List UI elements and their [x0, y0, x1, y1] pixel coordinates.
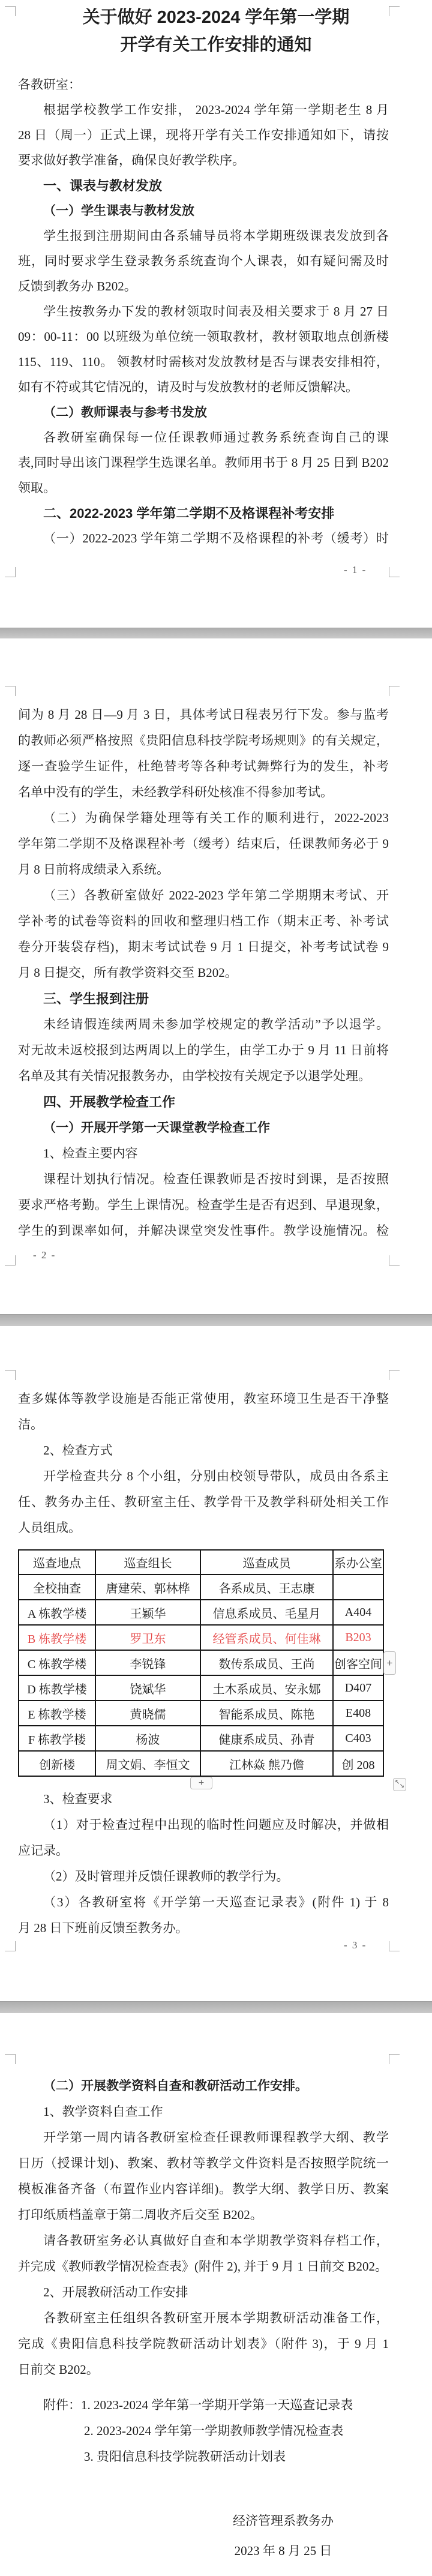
- table-cell: B 栋教学楼: [19, 1625, 95, 1650]
- body-line: 应记录。: [18, 1843, 389, 1859]
- page-number: - 3 -: [344, 1939, 367, 1951]
- body-line: 各教研室确保每一位任课教师通过教务系统查询自己的课: [18, 430, 389, 446]
- body-line: 学生报到注册期间由各系辅导员将本学期班级课表发放到各: [18, 228, 389, 244]
- corner-mark: [389, 2054, 400, 2064]
- body-line: （二）为确保学籍处理等有关工作的顺利进行，2022-2023: [18, 810, 389, 826]
- table-cell: F 栋教学楼: [19, 1726, 95, 1751]
- attachment-line: 2. 2023-2024 学年第一学期教师教学情况检查表: [84, 2423, 389, 2439]
- table-cell: E408: [333, 1701, 383, 1726]
- body-line: 间为 8 月 28 日—9 月 3 日，具体考试日程表另行下发。参与监考: [18, 707, 389, 723]
- table-cell: 信息系成员、毛星月: [200, 1600, 333, 1625]
- table-cell: A404: [333, 1600, 383, 1625]
- body-line: 开学检查共分 8 个小组，分别由校领导带队，成员由各系主: [18, 1468, 389, 1485]
- body-line: （一）2022-2023 学年第二学期不及格课程的补考（缓考）时: [18, 530, 389, 547]
- table-cell: 土木系成员、安永娜: [200, 1675, 333, 1701]
- page-number: - 1 -: [344, 564, 367, 576]
- body-line: 要求严格考勤。学生上课情况。检查学生是否有迟到、早退现象，: [18, 1197, 389, 1213]
- corner-mark: [5, 567, 16, 577]
- body-line: 打印纸质档盖章于第二周收齐后交至 B202。: [18, 2207, 389, 2223]
- body-line: 名单中没有的学生，未经教学科研处核准不得参加考试。: [18, 784, 389, 800]
- body-line: 对无故未返校报到达两周以上的学生，由学工办于 9 月 11 日前将: [18, 1042, 389, 1058]
- table-cell: 创 208: [333, 1751, 383, 1776]
- table-header-cell: 巡查成员: [200, 1550, 333, 1575]
- doc-title-line: 开学有关工作安排的通知: [0, 37, 432, 53]
- body-line: 模板准备齐备（布置作业内容详细)。教学大纲、教学日历、教案: [18, 2181, 389, 2197]
- body-line: 各教研室主任组织各教研室开展本学期教研活动准备工作，: [18, 2310, 389, 2326]
- table-cell: 数传系成员、王尚: [200, 1650, 333, 1675]
- body-line: 并完成《教师教学情况检查表》(附件 2), 并于 9 月 1 日前交 B202。: [18, 2259, 389, 2275]
- body-line: 如有不符或其它情况的，请及时与发放教材的老师反馈解决。: [18, 379, 389, 395]
- table-row: E 栋教学楼 黄晓儒 智能系成员、陈艳 E408: [19, 1701, 383, 1726]
- table-cell: 杨波: [95, 1726, 200, 1751]
- table-cell: 健康系成员、孙青: [200, 1726, 333, 1751]
- table-cell: 黄晓儒: [95, 1701, 200, 1726]
- salutation: 各教研室：: [18, 77, 389, 93]
- table-row: D 栋教学楼 饶斌华 土木系成员、安永娜 D407: [19, 1675, 383, 1701]
- body-line: 日历（授课计划)、教案、教材等教学文件资料是否按照学院统一: [18, 2155, 389, 2172]
- body-line: （1）对于检查过程中出现的临时性问题应及时解决，并做相: [18, 1817, 389, 1833]
- body-line: （2）及时管理并反馈任课教师的教学行为。: [18, 1869, 389, 1885]
- corner-mark: [389, 1941, 400, 1951]
- sub-heading: （二）教师课表与参考书发放: [18, 404, 389, 421]
- body-line: 28 日（周一）正式上课，现将开学有关工作安排通知如下，请按: [18, 127, 389, 143]
- doc-title-line: 关于做好 2023-2024 学年第一学期: [0, 10, 432, 26]
- sub-heading: （一）学生课表与教材发放: [18, 203, 389, 219]
- body-line: 课程计划执行情况。检查任课教师是否按时到课，是否按照: [18, 1171, 389, 1187]
- table-cell: 各系成员、王志康: [200, 1575, 333, 1600]
- body-line: 洁。: [18, 1417, 389, 1433]
- numbered-heading: 1、教学资料自查工作: [18, 2104, 389, 2120]
- table-cell: A 栋教学楼: [19, 1600, 95, 1625]
- section-heading: 三、学生报到注册: [18, 991, 389, 1007]
- table-cell: C403: [333, 1726, 383, 1751]
- table-row-highlighted: B 栋教学楼 罗卫东 经管系成员、何佳琳 B203: [19, 1625, 383, 1650]
- body-line: 人员组成。: [18, 1520, 389, 1536]
- body-line: 的教师必须严格按照《贵阳信息科技学院考场规则》的有关规定，: [18, 733, 389, 749]
- numbered-heading: 3、检查要求: [18, 1791, 389, 1807]
- body-line: 学生的到课率如何，并解决课堂突发性事件。教学设施情况。检: [18, 1223, 389, 1239]
- document-page-1: 关于做好 2023-2024 学年第一学期 开学有关工作安排的通知 各教研室： …: [0, 0, 432, 628]
- table-header-cell: 系办公室: [333, 1550, 383, 1575]
- table-cell: 江林焱 熊乃儋: [200, 1751, 333, 1776]
- body-line: 日前交 B202。: [18, 2362, 389, 2378]
- date-line: 2023 年 8 月 25 日: [134, 2543, 432, 2559]
- corner-mark: [5, 2054, 16, 2064]
- body-line: 卷分开装袋存档)，期末考试试卷 9 月 1 日提交，补考考试试卷 9: [18, 939, 389, 955]
- numbered-heading: 2、开展教研活动工作安排: [18, 2284, 389, 2301]
- table-row: C 栋教学楼 李锐锋 数传系成员、王尚 创客空间: [19, 1650, 383, 1675]
- table-cell: E 栋教学楼: [19, 1701, 95, 1726]
- body-line: 未经请假连续两周未参加学校规定的教学活动”予以退学。: [18, 1016, 389, 1033]
- body-line: 月 28 日下班前反馈至教务办。: [18, 1920, 389, 1936]
- body-line: 名单及其有关情况报教务办，由学校按有关规定予以退学处理。: [18, 1068, 389, 1084]
- body-line: 开学第一周内请各教研室检查任课教师课程教学大纲、教学: [18, 2130, 389, 2146]
- corner-mark: [389, 1370, 400, 1380]
- table-row: A 栋教学楼 王颖华 信息系成员、毛星月 A404: [19, 1600, 383, 1625]
- section-heading: 二、2022-2023 学年第二学期不及格课程补考安排: [18, 505, 389, 521]
- sub-heading: （二）开展教学资料自查和教研活动工作安排。: [18, 2078, 389, 2094]
- body-line: （三）各教研室做好 2022-2023 学年第二学期期末考试、开: [18, 887, 389, 904]
- signature-line: 经济管理系教务办: [134, 2513, 432, 2529]
- arrow-southeast-icon: ↘: [400, 1783, 404, 1789]
- body-line: 学年第二学期不及格课程补考（缓考）结束后，任课教师务必于 9: [18, 836, 389, 852]
- table-resize-handle-icon[interactable]: ↖ ↘: [393, 1778, 406, 1791]
- body-line: 表,同时导出该门课程学生选课名单。教师用书于 8 月 25 日到 B202: [18, 455, 389, 471]
- table-row: 创新楼 周文娟、李恒文 江林焱 熊乃儋 创 208: [19, 1751, 383, 1776]
- table-cell: 李锐锋: [95, 1650, 200, 1675]
- body-line: 根据学校教学工作安排， 2023-2024 学年第一学期老生 8 月: [18, 102, 389, 118]
- body-line: 请各教研室务必认真做好自查和本学期教学资料存档工作，: [18, 2233, 389, 2249]
- page-number: - 2 -: [33, 1249, 56, 1261]
- body-line: 反馈到教务办 B202。: [18, 278, 389, 295]
- corner-mark: [5, 1941, 16, 1951]
- corner-mark: [389, 686, 400, 696]
- section-heading: 一、课表与教材发放: [18, 178, 389, 194]
- body-line: 学补考的试卷等资料的回收和整理归档工作（期末正考、补考试: [18, 913, 389, 929]
- attachment-line: 附件：1. 2023-2024 学年第一学期开学第一天巡查记录表: [18, 2397, 389, 2413]
- table-cell: [333, 1575, 383, 1600]
- table-cell: B203: [333, 1625, 383, 1650]
- page-gap: [0, 1314, 432, 1327]
- table-row: F 栋教学楼 杨波 健康系成员、孙青 C403: [19, 1726, 383, 1751]
- section-heading: 四、开展教学检查工作: [18, 1094, 389, 1110]
- table-cell: 创客空间: [333, 1650, 383, 1675]
- add-row-button[interactable]: +: [190, 1777, 212, 1789]
- body-line: 任、教务办主任、教研室主任、教学骨干及教学科研处相关工作: [18, 1494, 389, 1510]
- body-line: 班，同时要求学生登录教务系统查询个人课表，如有疑问需及时: [18, 253, 389, 269]
- body-line: 09：00-11：00 以班级为单位统一领取教材，教材领取地点创新楼: [18, 329, 389, 345]
- table-cell: 智能系成员、陈艳: [200, 1701, 333, 1726]
- numbered-heading: 2、检查方式: [18, 1443, 389, 1459]
- table-cell: 饶斌华: [95, 1675, 200, 1701]
- inspection-table: 巡查地点 巡查组长 巡查成员 系办公室 全校抽查 唐建荣、郭林桦 各系成员、王志…: [18, 1549, 384, 1777]
- corner-mark: [5, 1370, 16, 1380]
- corner-mark: [389, 567, 400, 577]
- body-line: 115、119、110。 领教材时需核对发放教材是否与课表安排相符，: [18, 354, 389, 370]
- body-line: 月 8 日提交，所有教学资料交至 B202。: [18, 965, 389, 981]
- table-cell: 周文娟、李恒文: [95, 1751, 200, 1776]
- page-gap: [0, 2001, 432, 2014]
- table-cell: 罗卫东: [95, 1625, 200, 1650]
- table-cell: 王颖华: [95, 1600, 200, 1625]
- table-cell: D 栋教学楼: [19, 1675, 95, 1701]
- body-line: 完成《贵阳信息科技学院教研活动计划表》（附件 3)，于 9 月 1: [18, 2336, 389, 2352]
- table-row: 全校抽查 唐建荣、郭林桦 各系成员、王志康: [19, 1575, 383, 1600]
- body-line: 要求做好教学准备，确保良好教学秩序。: [18, 152, 389, 169]
- page-gap: [0, 628, 432, 639]
- table-header-cell: 巡查地点: [19, 1550, 95, 1575]
- body-line: 逐一查验学生证件，杜绝替考等各种考试舞弊行为的发生，补考: [18, 758, 389, 775]
- table-cell: 创新楼: [19, 1751, 95, 1776]
- table-header-cell: 巡查组长: [95, 1550, 200, 1575]
- body-line: 查多媒体等教学设施是否能正常使用，教室环境卫生是否干净整: [18, 1391, 389, 1407]
- body-line: 领取。: [18, 480, 389, 496]
- body-line: （3）各教研室将《开学第一天巡查记录表》(附件 1) 于 8: [18, 1894, 389, 1911]
- table-header-row: 巡查地点 巡查组长 巡查成员 系办公室: [19, 1550, 383, 1575]
- sub-heading: （一）开展开学第一天课堂教学检查工作: [18, 1120, 389, 1136]
- document-page-4: （二）开展教学资料自查和教研活动工作安排。 1、教学资料自查工作 开学第一周内请…: [0, 2013, 432, 2576]
- table-cell: D407: [333, 1675, 383, 1701]
- corner-mark: [5, 1255, 16, 1265]
- corner-mark: [389, 1255, 400, 1265]
- table-cell: C 栋教学楼: [19, 1650, 95, 1675]
- table-cell: 唐建荣、郭林桦: [95, 1575, 200, 1600]
- document-page-3: 查多媒体等教学设施是否能正常使用，教室环境卫生是否干净整 洁。 2、检查方式 开…: [0, 1326, 432, 2001]
- body-line: 月 8 日前将成绩录入系统。: [18, 862, 389, 878]
- numbered-heading: 1、检查主要内容: [18, 1145, 389, 1162]
- body-line: 学生按教务办下发的教材领取时间表及相关要求于 8 月 27 日: [18, 304, 389, 320]
- document-page-2: 间为 8 月 28 日—9 月 3 日，具体考试日程表另行下发。参与监考 的教师…: [0, 638, 432, 1314]
- table-cell: 全校抽查: [19, 1575, 95, 1600]
- attachment-line: 3. 贵阳信息科技学院教研活动计划表: [84, 2449, 389, 2465]
- add-column-button[interactable]: +: [383, 1651, 396, 1675]
- corner-mark: [5, 686, 16, 696]
- table-cell: 经管系成员、何佳琳: [200, 1625, 333, 1650]
